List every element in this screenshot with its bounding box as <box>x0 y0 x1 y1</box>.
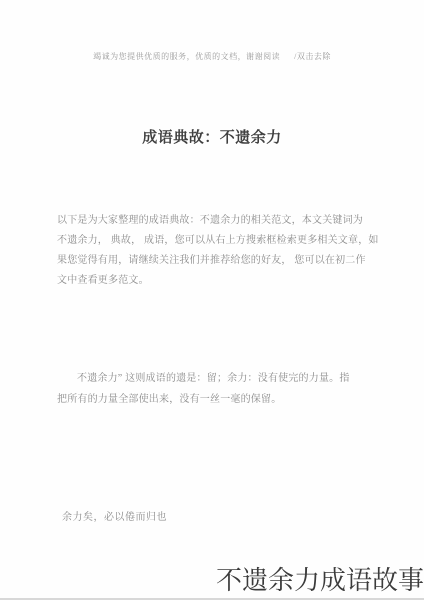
intro-paragraph: 以下是为大家整理的成语典故：不遗余力的相关范文，本文关键词为 不遗余力， 典故，… <box>57 211 369 291</box>
intro-line-4: 文中查看更多范文。 <box>57 271 369 291</box>
header-notice: 竭诚为您提供优质的服务，优质的文档，谢谢阅读 <box>93 51 280 62</box>
definition-line-2: 把所有的力量全部使出来，没有一丝一毫的保留。 <box>57 389 369 410</box>
page-title: 成语典故：不遗余力 <box>0 126 424 147</box>
definition-line-1: 不遗余力” 这则成语的遗是：留；余力：没有使完的力量。指 <box>57 368 369 389</box>
footer-title: 不遗余力成语故事 <box>216 566 424 596</box>
intro-line-2: 不遗余力， 典故， 成语，您可以从右上方搜索框检索更多相关文章，如 <box>57 231 369 251</box>
page-header: 竭诚为您提供优质的服务，优质的文档，谢谢阅读 /双击去除 <box>0 51 424 62</box>
document-page: 竭诚为您提供优质的服务，优质的文档，谢谢阅读 /双击去除 成语典故：不遗余力 以… <box>0 0 424 600</box>
intro-line-3: 果您觉得有用，请继续关注我们并推荐给您的好友， 您可以在初二作 <box>57 251 369 271</box>
definition-paragraph: 不遗余力” 这则成语的遗是：留；余力：没有使完的力量。指 把所有的力量全部使出来… <box>57 368 369 410</box>
quote-line: 余力矣，必以倦而归也 <box>62 508 167 523</box>
header-remove-hint: /双击去除 <box>294 51 331 62</box>
intro-line-1: 以下是为大家整理的成语典故：不遗余力的相关范文，本文关键词为 <box>57 211 369 231</box>
